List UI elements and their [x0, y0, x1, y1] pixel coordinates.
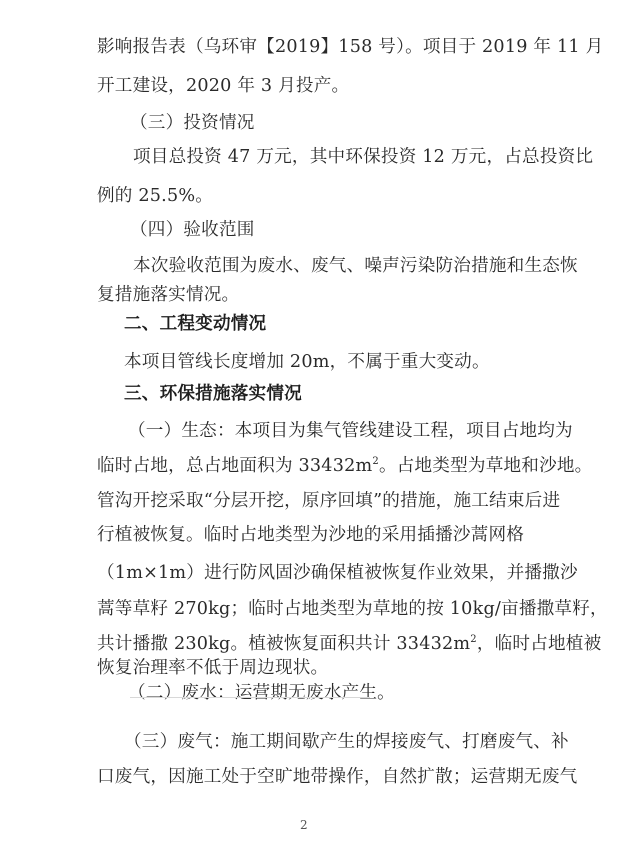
body-text-line: （一）生态：本项目为集气管线建设工程，项目占地均为 [128, 420, 573, 442]
section-heading: 二、工程变动情况 [124, 313, 266, 335]
body-text-line: （三）投资情况 [130, 112, 255, 134]
body-text-line: 共计播撒 230kg。植被恢复面积共计 33432m2，临时占地植被 [97, 633, 601, 655]
line-text-tail: ，临时占地植被 [477, 634, 602, 654]
body-text-line: 开工建设，2020 年 3 月投产。 [97, 75, 349, 97]
line-text: 恢复治理率不低于周边现状。 [97, 658, 328, 678]
body-text-line: 项目总投资 47 万元，其中环保投资 12 万元，占总投资比 [133, 146, 593, 168]
body-text-line: 复措施落实情况。 [97, 284, 239, 306]
body-text-line: 恢复治理率不低于周边现状。 [97, 657, 328, 679]
line-text: 例的 25.5%。 [97, 186, 213, 206]
body-text-line: 蒿等草籽 270kg；临时占地类型为草地的按 10kg/亩播撒草籽， [97, 598, 608, 620]
line-text: 管沟开挖采取“分层开挖，原序回填”的措施，施工结束后进 [97, 491, 560, 511]
line-text: （四）验收范围 [130, 220, 255, 240]
body-text-line: 临时占地，总占地面积为 33432m2。占地类型为草地和沙地。 [97, 455, 592, 477]
line-text: 二、工程变动情况 [124, 313, 266, 334]
body-text-line: 本项目管线长度增加 20m，不属于重大变动。 [124, 351, 490, 373]
body-text-line: （1m×1m）进行防风固沙确保植被恢复作业效果，并播撒沙 [97, 562, 578, 584]
scan-artifact-line [130, 697, 370, 698]
section-heading: 三、环保措施落实情况 [124, 383, 302, 405]
line-text: （三）废气：施工期间歇产生的焊接废气、打磨废气、补 [124, 732, 569, 752]
page-number: 2 [300, 818, 308, 832]
body-text-line: （二）废水：运营期无废水产生。 [128, 682, 395, 704]
body-text-line: （四）验收范围 [130, 219, 255, 241]
line-text: （一）生态：本项目为集气管线建设工程，项目占地均为 [128, 421, 573, 441]
line-text: 临时占地，总占地面积为 33432m [97, 456, 372, 476]
line-text: （二）废水：运营期无废水产生。 [128, 683, 395, 703]
body-text-line: 影响报告表（乌环审【2019】158 号）。项目于 2019 年 11 月 [97, 36, 603, 58]
line-text: 项目总投资 47 万元，其中环保投资 12 万元，占总投资比 [133, 147, 593, 167]
body-text-line: 行植被恢复。临时占地类型为沙地的采用插播沙蒿网格 [97, 524, 524, 546]
body-text-line: 本次验收范围为废水、废气、噪声污染防治措施和生态恢 [133, 255, 578, 277]
line-text: （三）投资情况 [130, 113, 255, 133]
line-text: 本次验收范围为废水、废气、噪声污染防治措施和生态恢 [133, 256, 578, 276]
line-text-tail: 。占地类型为草地和沙地。 [379, 456, 593, 476]
line-text: 口废气，因施工处于空旷地带操作，自然扩散；运营期无废气 [97, 767, 577, 787]
line-text: 共计播撒 230kg。植被恢复面积共计 33432m [97, 634, 470, 654]
body-text-line: 管沟开挖采取“分层开挖，原序回填”的措施，施工结束后进 [97, 490, 560, 512]
body-text-line: 例的 25.5%。 [97, 185, 213, 207]
line-text: （1m×1m）进行防风固沙确保植被恢复作业效果，并播撒沙 [97, 563, 578, 583]
line-text: 蒿等草籽 270kg；临时占地类型为草地的按 10kg/亩播撒草籽， [97, 599, 608, 619]
body-text-line: （三）废气：施工期间歇产生的焊接废气、打磨废气、补 [124, 731, 569, 753]
line-text: 开工建设，2020 年 3 月投产。 [97, 76, 349, 96]
line-text: 本项目管线长度增加 20m，不属于重大变动。 [124, 352, 490, 372]
line-text: 行植被恢复。临时占地类型为沙地的采用插播沙蒿网格 [97, 525, 524, 545]
line-text: 复措施落实情况。 [97, 285, 239, 305]
body-text-line: 口废气，因施工处于空旷地带操作，自然扩散；运营期无废气 [97, 766, 577, 788]
line-text: 三、环保措施落实情况 [124, 383, 302, 404]
line-text: 影响报告表（乌环审【2019】158 号）。项目于 2019 年 11 月 [97, 37, 603, 57]
